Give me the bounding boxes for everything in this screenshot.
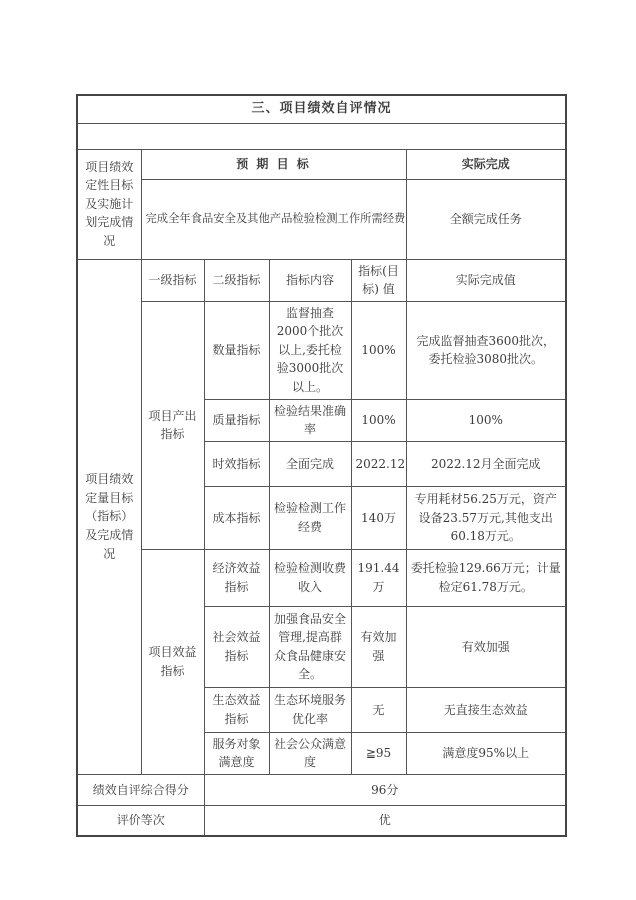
group-benefit-indicators: 项目效益指标	[141, 549, 204, 774]
overall-score-label: 绩效自评综合得分	[77, 775, 204, 806]
indicator-target: 有效加强	[351, 606, 406, 687]
indicator-level2: 社会效益指标	[204, 606, 269, 687]
indicator-target: 100%	[351, 301, 406, 399]
indicator-actual: 2022.12月全面完成	[406, 441, 566, 486]
indicator-content: 检验检测收费收入	[269, 549, 351, 606]
indicator-content: 监督抽查2000个批次以上,委托检验3000批次以上。	[269, 301, 351, 399]
indicator-content: 社会公众满意度	[269, 732, 351, 774]
overall-score-value: 96分	[204, 775, 566, 806]
indicator-actual: 有效加强	[406, 606, 566, 687]
table-row: 项目产出指标 数量指标 监督抽查2000个批次以上,委托检验3000批次以上。 …	[77, 301, 566, 399]
indicator-content: 生态环境服务优化率	[269, 687, 351, 732]
indicator-target: 140万	[351, 486, 406, 549]
indicator-actual: 满意度95%以上	[406, 732, 566, 774]
rating-grade-label: 评价等次	[77, 806, 204, 836]
indicator-level2: 服务对象满意度	[204, 732, 269, 774]
indicator-level2: 成本指标	[204, 486, 269, 549]
col-header-level1: 一级指标	[141, 259, 204, 301]
empty-row	[77, 123, 566, 149]
col-header-content: 指标内容	[269, 259, 351, 301]
expected-goal-header: 预 期 目 标	[141, 149, 406, 179]
indicator-actual: 无直接生态效益	[406, 687, 566, 732]
document-page: 三、项目绩效自评情况 项目绩效定性目标及实施计划完成情况 预 期 目 标 实际完…	[0, 0, 636, 900]
quantitative-section-header: 项目绩效定量目标（指标）及完成情况	[77, 259, 141, 775]
indicator-target: 无	[351, 687, 406, 732]
rating-grade-value: 优	[204, 806, 566, 836]
col-header-level2: 二级指标	[204, 259, 269, 301]
indicator-content: 检验检测工作经费	[269, 486, 351, 549]
indicator-target: ≧95	[351, 732, 406, 774]
indicator-level2: 质量指标	[204, 399, 269, 441]
indicator-level2: 时效指标	[204, 441, 269, 486]
indicator-level2: 数量指标	[204, 301, 269, 399]
col-header-actual: 实际完成值	[406, 259, 566, 301]
indicator-content: 全面完成	[269, 441, 351, 486]
indicator-target: 191.44万	[351, 549, 406, 606]
table-title: 三、项目绩效自评情况	[77, 95, 566, 123]
indicator-content: 加强食品安全管理,提高群众食品健康安全。	[269, 606, 351, 687]
indicator-actual: 专用耗材56.25万元，资产设备23.57万元,其他支出60.18万元。	[406, 486, 566, 549]
indicator-actual: 委托检验129.66万元；计量检定61.78万元。	[406, 549, 566, 606]
indicator-level2: 生态效益指标	[204, 687, 269, 732]
indicator-level2: 经济效益指标	[204, 549, 269, 606]
indicator-actual: 100%	[406, 399, 566, 441]
col-header-target: 指标(目标) 值	[351, 259, 406, 301]
expected-goal-value: 完成全年食品安全及其他产品检验检测工作所需经费	[141, 179, 406, 259]
self-evaluation-table: 三、项目绩效自评情况 项目绩效定性目标及实施计划完成情况 预 期 目 标 实际完…	[76, 94, 567, 837]
actual-completion-header: 实际完成	[406, 149, 566, 179]
qualitative-section-header: 项目绩效定性目标及实施计划完成情况	[77, 149, 141, 259]
indicator-content: 检验结果准确率	[269, 399, 351, 441]
indicator-actual: 完成监督抽查3600批次，委托检验3080批次。	[406, 301, 566, 399]
group-output-indicators: 项目产出指标	[141, 301, 204, 549]
indicator-target: 100%	[351, 399, 406, 441]
table-row: 项目效益指标 经济效益指标 检验检测收费收入 191.44万 委托检验129.6…	[77, 549, 566, 606]
indicator-target: 2022.12	[351, 441, 406, 486]
actual-completion-value: 全额完成任务	[406, 179, 566, 259]
